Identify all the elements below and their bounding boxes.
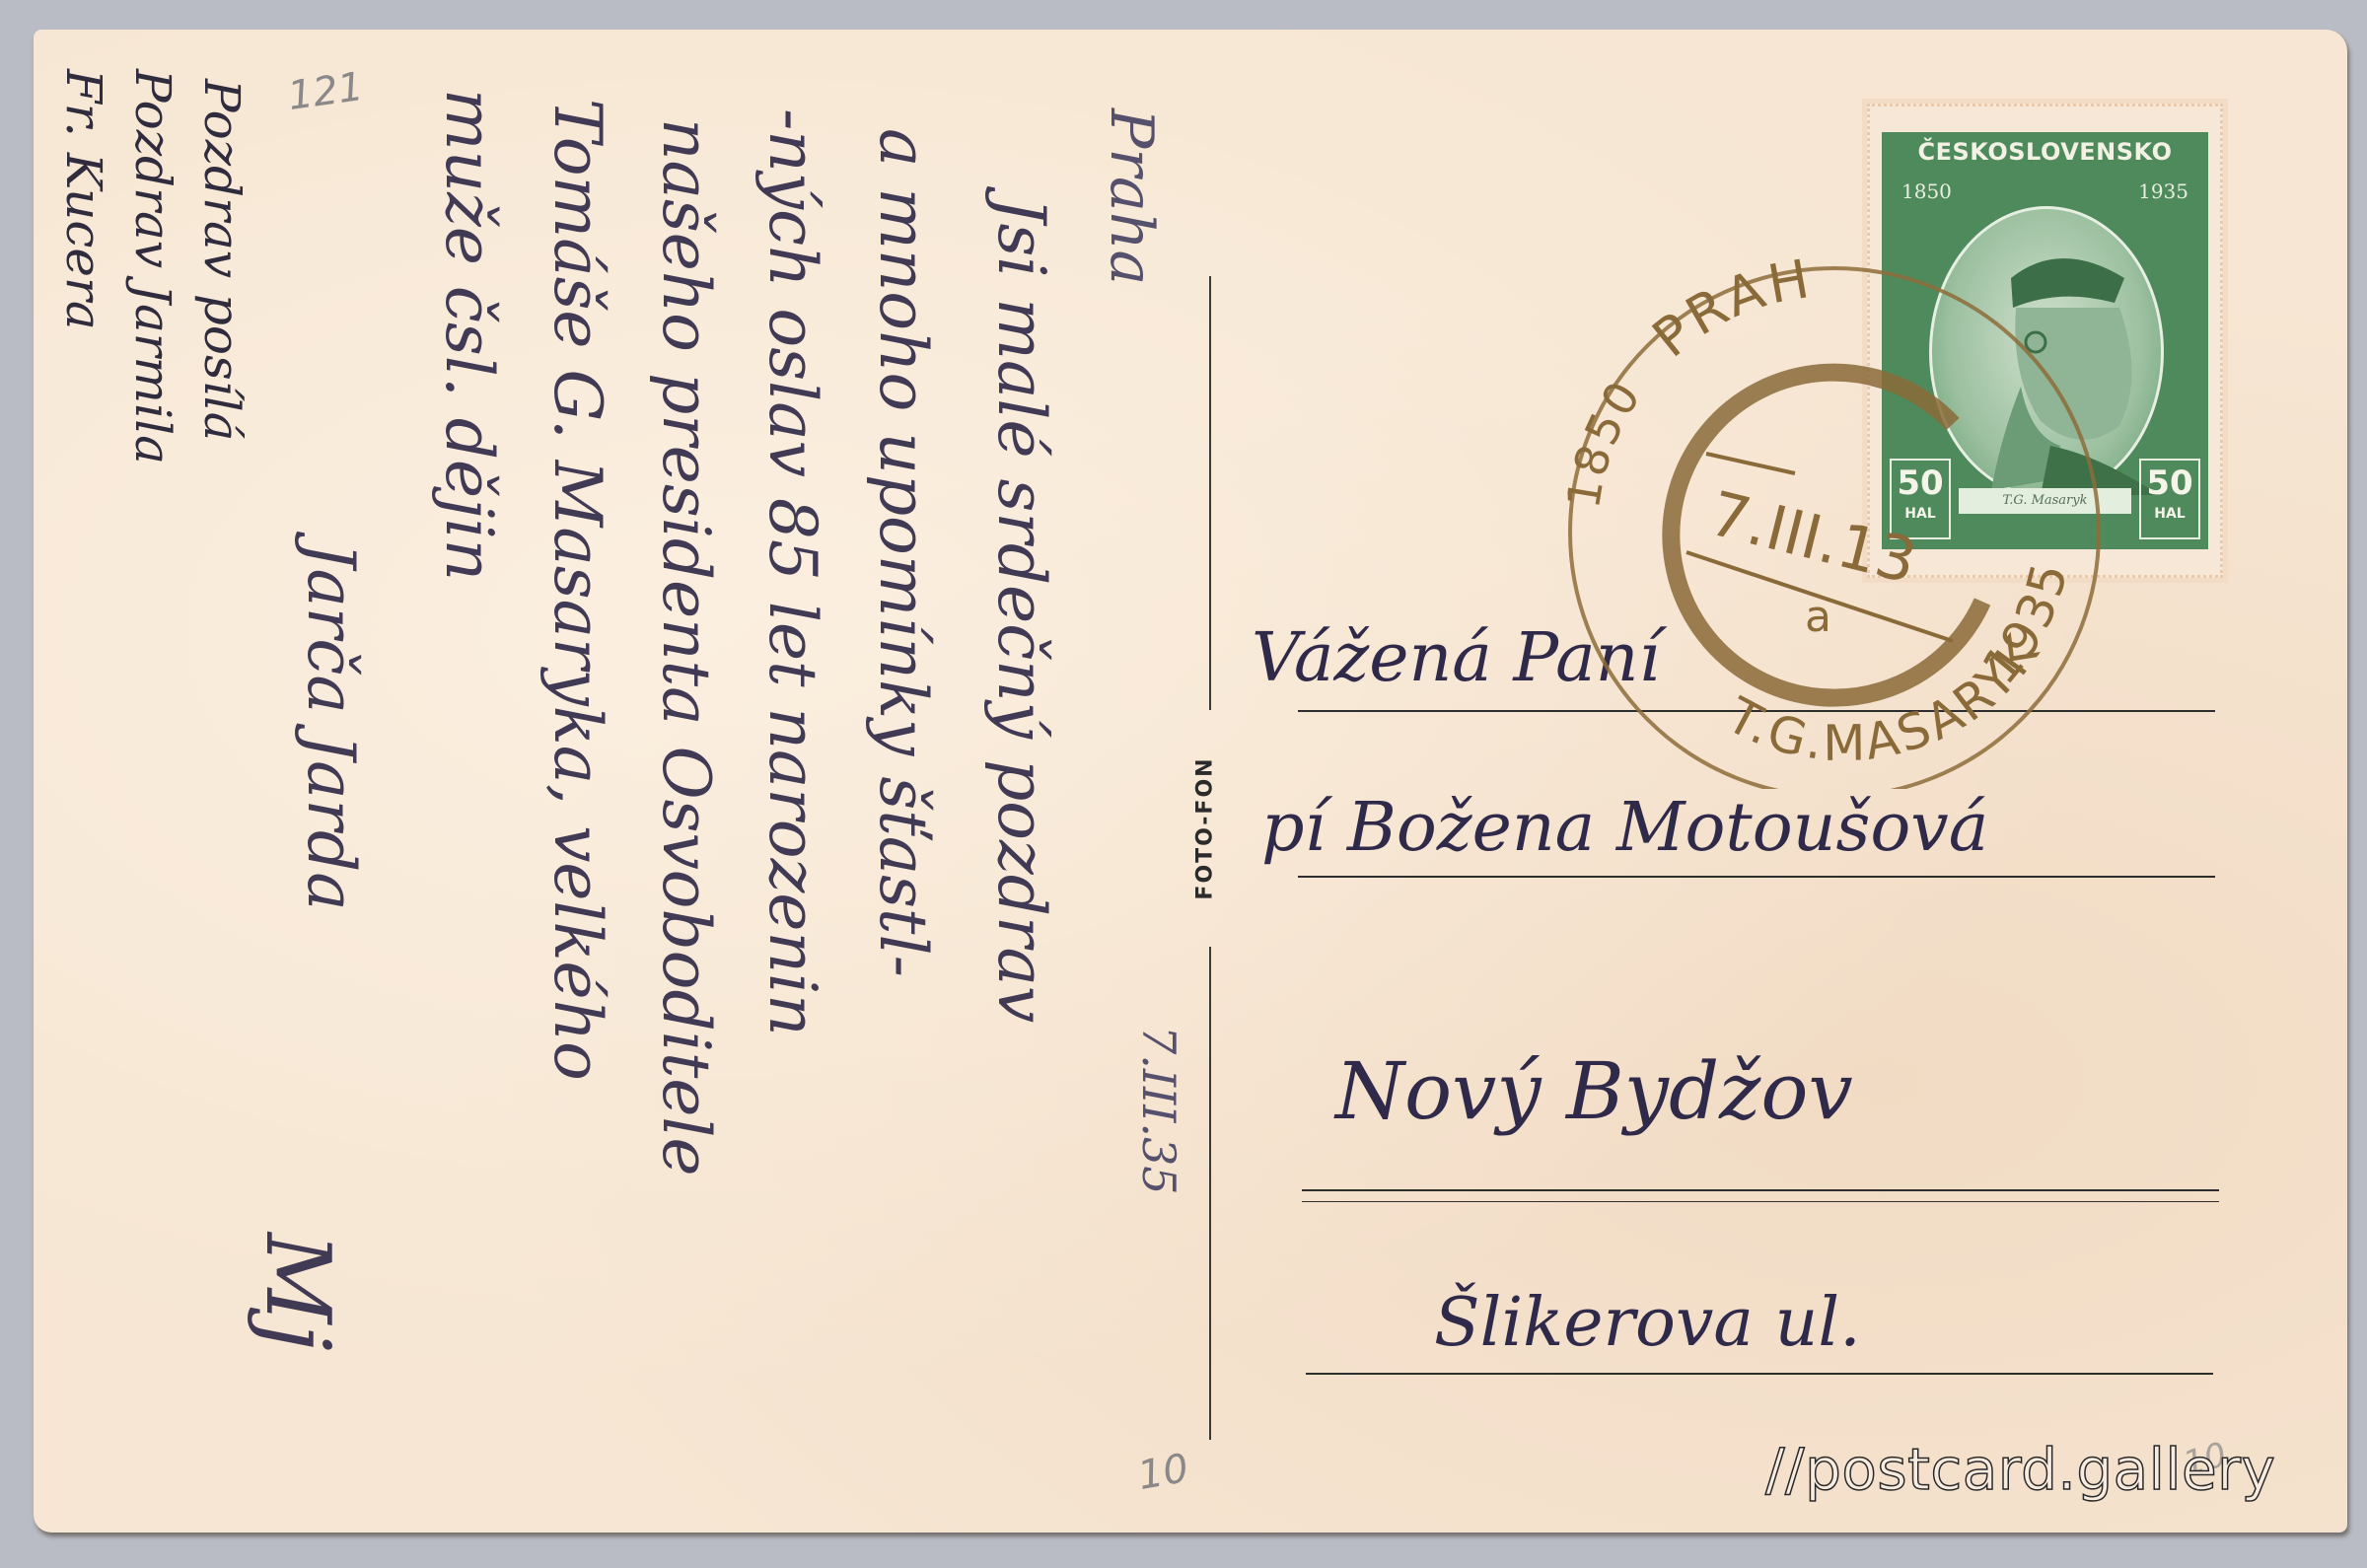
- message-line: muže čsl. dějin: [431, 89, 507, 581]
- pencil-note-catalog-number: 121: [285, 64, 366, 119]
- message-line: Jsi malé srdečný pozdrav: [983, 197, 1059, 1023]
- message-date: 7.III.35: [1132, 1026, 1185, 1195]
- printer-mark: FOTO-FON: [1193, 756, 1218, 899]
- recipient-name: pí Božena Motoušová: [1261, 789, 1988, 867]
- message-postscript: Fr. Kucera: [55, 69, 112, 330]
- recipient-city: Nový Bydžov: [1335, 1045, 1853, 1137]
- portrait-masaryk-icon: [1929, 206, 2164, 498]
- message-line: našeho presidenta Osvoboditele: [648, 118, 724, 1176]
- stamp-country: ČESKOSLOVENSKO: [1882, 138, 2208, 166]
- stamp-signature: T.G. Masaryk: [1959, 488, 2131, 514]
- message-line: a mnoho upomínky šťastl-: [865, 128, 941, 977]
- stamp-year-right: 1935: [2138, 179, 2188, 203]
- address-rule: [1298, 710, 2215, 712]
- address-rule: [1298, 876, 2215, 878]
- watermark: //postcard.gallery: [1765, 1436, 2275, 1503]
- message-line: Praha: [1097, 108, 1166, 285]
- center-divider: [1209, 276, 1211, 710]
- stamp-design: ČESKOSLOVENSKO 1850 1935 50HAL 50HAL T.G…: [1882, 132, 2208, 549]
- message-postscript: Pozdrav posílá: [193, 79, 251, 441]
- postcard-back: 121 10 10 Praha Jsi malé srdečný pozdrav…: [34, 30, 2347, 1532]
- address-rule: [1306, 1373, 2213, 1375]
- message-line: Tomáše G. Masaryka, velkého: [539, 99, 615, 1081]
- center-divider: [1209, 947, 1211, 1440]
- address-rule: [1302, 1201, 2219, 1202]
- stamp-value-left: 50HAL: [1890, 459, 1951, 539]
- message-initials: Mj: [246, 1233, 349, 1351]
- stamp-value-right: 50HAL: [2139, 459, 2200, 539]
- message-postscript: Pozdrav Jarmila: [124, 69, 181, 464]
- message-line: -ných oslav 85 let narozenin: [754, 108, 830, 1036]
- postage-stamp: ČESKOSLOVENSKO 1850 1935 50HAL 50HAL T.G…: [1867, 104, 2223, 578]
- stamp-year-left: 1850: [1901, 179, 1952, 203]
- pencil-note-price: 10: [1134, 1446, 1191, 1499]
- message-signature: Jarča Jarda: [293, 542, 369, 911]
- address-rule: [1302, 1189, 2219, 1191]
- recipient-salutation: Vážená Paní: [1252, 619, 1660, 697]
- recipient-street: Šlikerova ul.: [1434, 1284, 1861, 1362]
